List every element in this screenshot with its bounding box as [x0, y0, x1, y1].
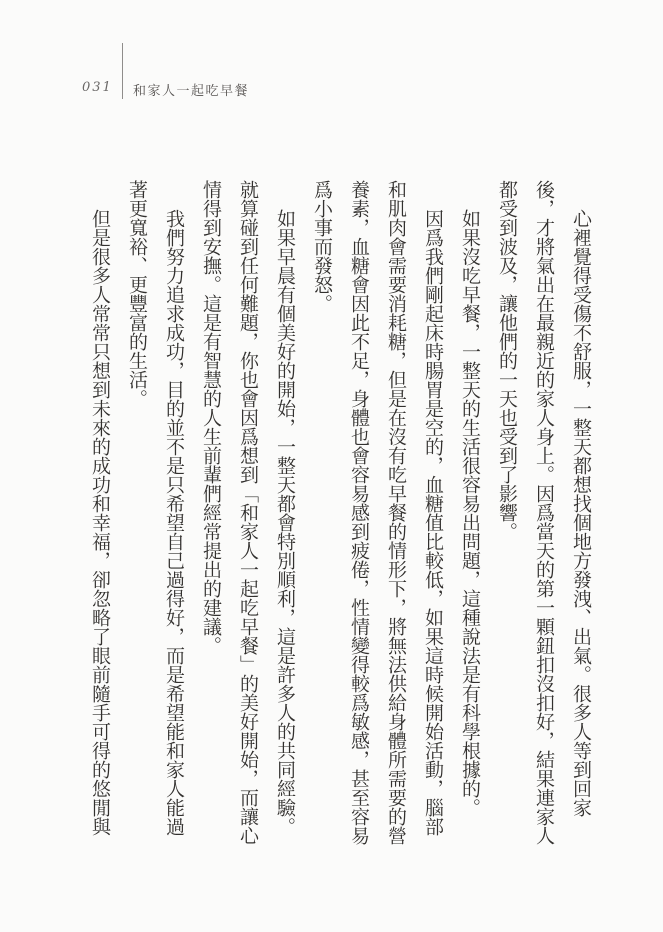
- page-header: 031 和家人一起吃早餐: [0, 0, 663, 120]
- paragraph: 心裡覺得受傷不舒服，一整天都想找個地方發洩、出氣。很多人等到回家後，才將氣出在最…: [488, 180, 599, 845]
- paragraph: 但是很多人常常只想到未來的成功和幸福，卻忽略了眼前隨手可得的悠閒與: [81, 180, 118, 845]
- book-page: 031 和家人一起吃早餐 心裡覺得受傷不舒服，一整天都想找個地方發洩、出氣。很多…: [0, 0, 663, 932]
- paragraph: 我們努力追求成功，目的並不是只希望自己過得好，而是希望能和家人能過著更寬裕、更豐…: [118, 180, 192, 845]
- body-text-block: 心裡覺得受傷不舒服，一整天都想找個地方發洩、出氣。很多人等到回家後，才將氣出在最…: [81, 180, 599, 845]
- paragraph: 如果早晨有個美好的開始，一整天都會特別順利，這是許多人的共同經驗。就算碰到任何難…: [192, 180, 303, 845]
- paragraph: 如果沒吃早餐，一整天的生活很容易出問題，這種說法是有科學根據的。: [451, 180, 488, 845]
- paragraph: 因爲我們剛起床時腸胃是空的，血糖值比較低，如果這時候開始活動，腦部和肌肉會需要消…: [303, 180, 451, 845]
- page-number: 031: [82, 80, 113, 95]
- header-divider-line: [122, 43, 123, 99]
- chapter-title: 和家人一起吃早餐: [133, 80, 249, 99]
